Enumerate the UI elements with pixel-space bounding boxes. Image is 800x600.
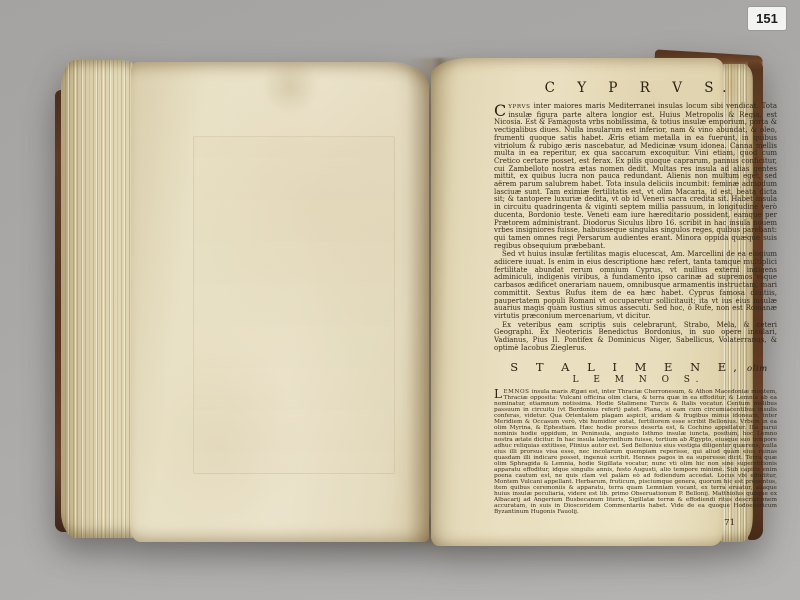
heading-stalimene-text: S T A L I M E N E,: [510, 360, 744, 374]
section-heading-stalimene: S T A L I M E N E, olim: [501, 360, 777, 374]
dropcap-c: C: [494, 103, 508, 118]
photo-number-label: 151: [748, 7, 786, 30]
paragraph-cyprus-2: Sed vt huius insulæ fertilitas magis elu…: [494, 251, 777, 320]
show-through-impression: [193, 136, 395, 474]
open-book: C Y P R V S. CYPRVS inter maiores maris …: [55, 56, 763, 546]
photo-of-open-book: 151 C Y P R V S. CYPRVS inter maiores ma…: [0, 0, 800, 600]
paragraph-cyprus-3: Ex veteribus eam scriptis suis celebraru…: [494, 322, 777, 353]
paper-stain: [260, 56, 320, 116]
left-page-stack-edge: [61, 60, 141, 538]
blank-verso-page: [131, 62, 429, 542]
paragraph-cyprus-1: CYPRVS inter maiores maris Mediterranei …: [494, 103, 777, 250]
paragraph-lemnos: LEMNOS insula maris Ægæi est, inter Thra…: [494, 389, 777, 516]
section-heading-lemnos: L E M N O S.: [500, 375, 777, 385]
paragraph-text: inter maiores maris Mediterranei insulas…: [494, 102, 777, 250]
smallcaps-lead: YPRVS: [508, 104, 530, 110]
section-heading-cyprus: C Y P R V S.: [503, 80, 777, 96]
page-text-column: C Y P R V S. CYPRVS inter maiores maris …: [494, 80, 777, 532]
heading-olim-text: olim: [744, 364, 768, 374]
text-recto-page: C Y P R V S. CYPRVS inter maiores maris …: [431, 58, 723, 546]
paragraph-text: insula maris Ægæi est, inter Thraciæ Che…: [494, 389, 777, 516]
folio-page-number: 71: [494, 518, 735, 528]
photo-number-text: 151: [756, 11, 778, 26]
